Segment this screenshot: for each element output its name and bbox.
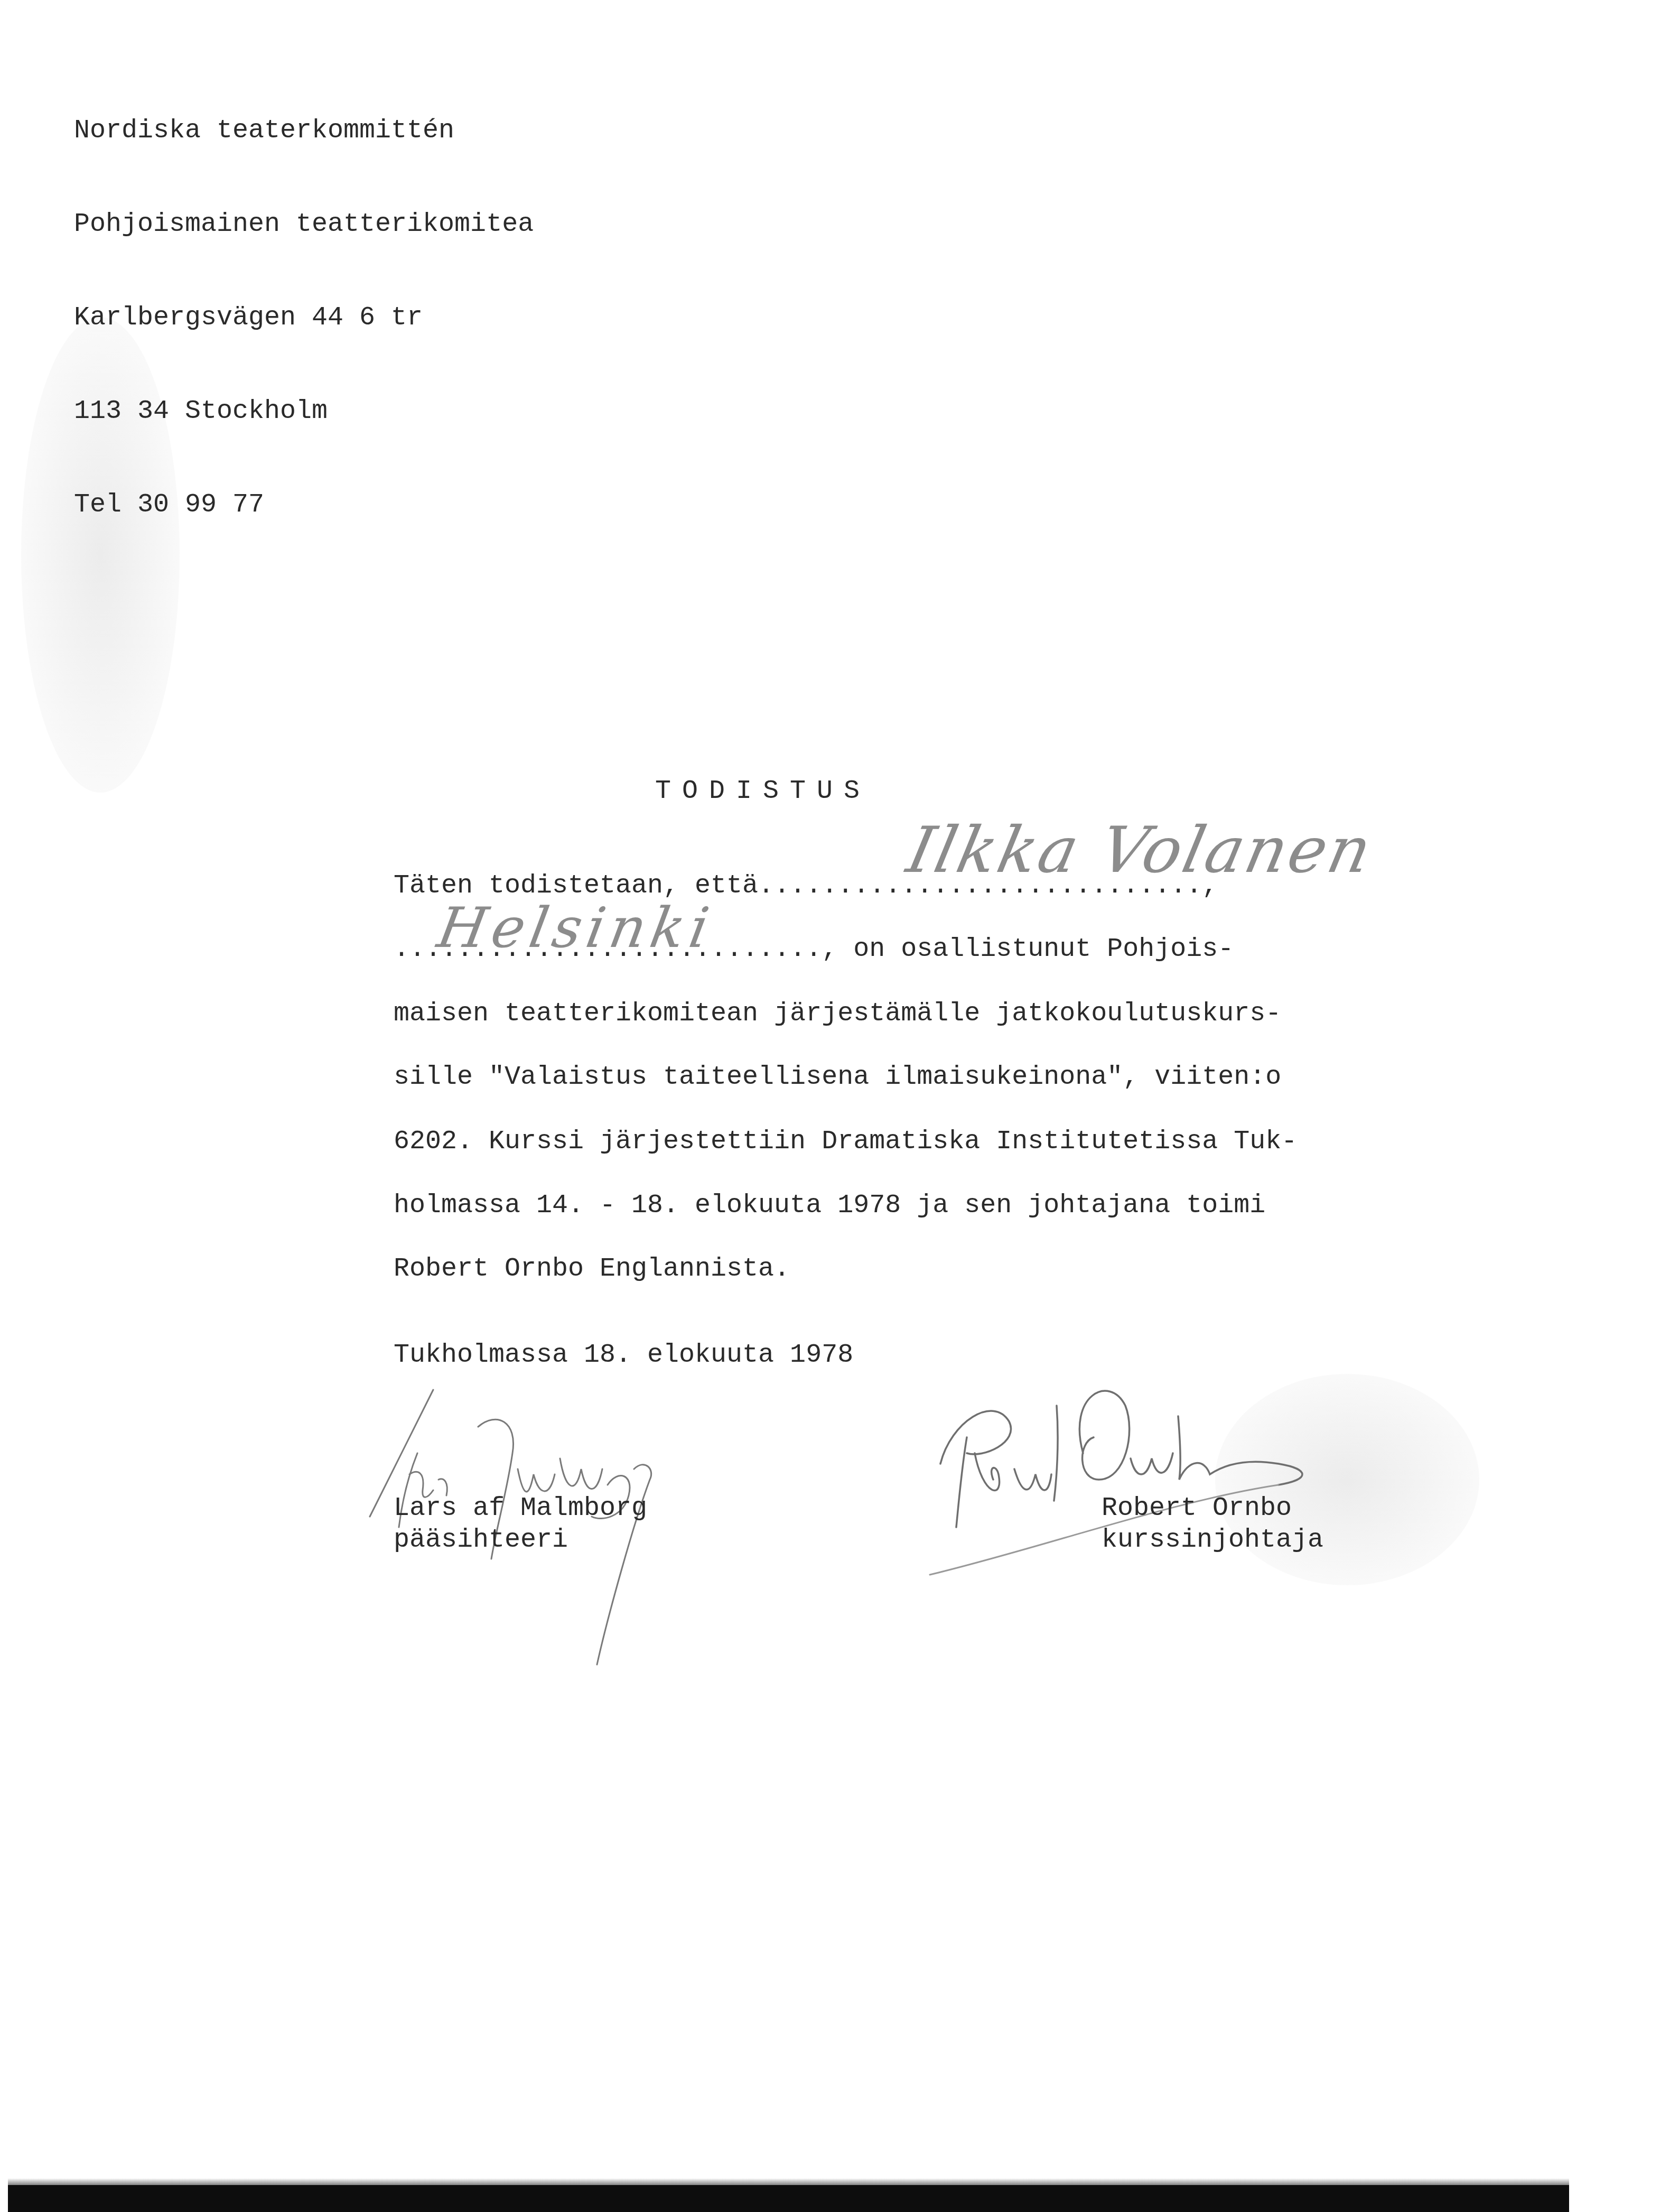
scan-edge-shadow (8, 2178, 1569, 2186)
body-line: 6202. Kurssi järjestettiin Dramatiska In… (394, 1127, 1297, 1157)
signatory-name: Robert Ornbo (1102, 1493, 1292, 1524)
scan-edge-bar (8, 2185, 1569, 2212)
letterhead-org-swedish: Nordiska teaterkommittén (74, 115, 534, 146)
letterhead-street: Karlbergsvägen 44 6 tr (74, 302, 534, 333)
handwritten-participant-name: Ilkka Volanen (901, 814, 1379, 887)
letterhead-phone: Tel 30 99 77 (74, 489, 534, 521)
body-line: holmassa 14. - 18. elokuuta 1978 ja sen … (394, 1191, 1265, 1221)
body-line: Robert Ornbo Englannista. (394, 1254, 790, 1284)
document-title: TODISTUS (655, 776, 871, 807)
body-line: sille "Valaistus taiteellisena ilmaisuke… (394, 1062, 1281, 1092)
letterhead-org-finnish: Pohjoismainen teatterikomitea (74, 209, 534, 240)
signatory-title: kurssinjohtaja (1102, 1525, 1323, 1556)
signatory-title: pääsihteeri (394, 1525, 568, 1556)
letterhead-postal-city: 113 34 Stockholm (74, 396, 534, 427)
signatory-name: Lars af Malmborg (394, 1493, 647, 1524)
handwritten-participant-city: Helsinki (433, 896, 719, 960)
body-line: maisen teatterikomitean järjestämälle ja… (394, 999, 1281, 1029)
place-date: Tukholmassa 18. elokuuta 1978 (394, 1340, 853, 1371)
letterhead: Nordiska teaterkommittén Pohjoismainen t… (74, 53, 534, 552)
